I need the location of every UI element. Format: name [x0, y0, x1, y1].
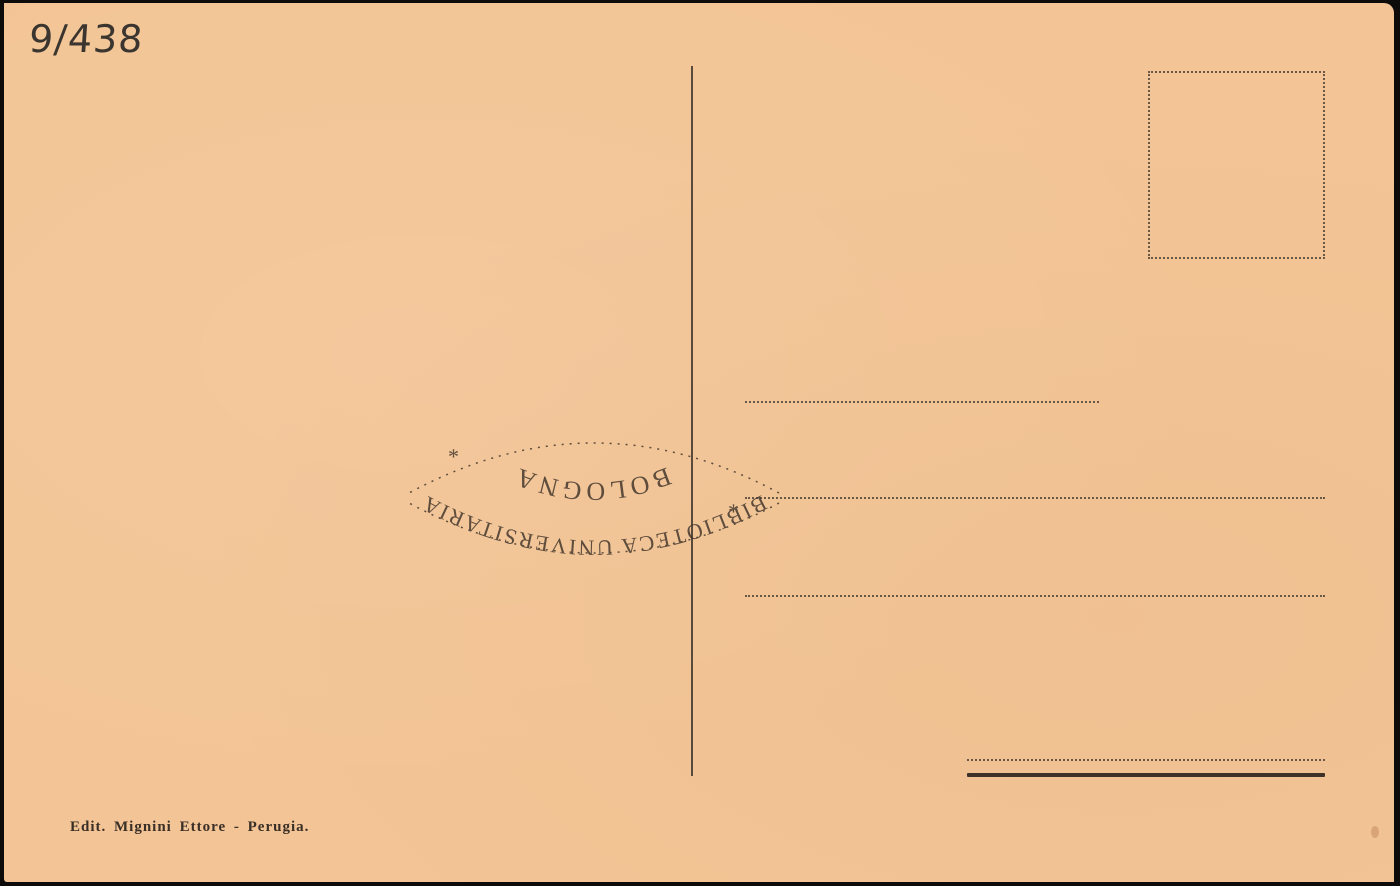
library-stamp-icon: BIBLIOTECA UNIVERSITARIA BOLOGNA * * — [399, 418, 789, 573]
svg-text:BOLOGNA: BOLOGNA — [508, 461, 675, 506]
library-stamp: BIBLIOTECA UNIVERSITARIA BOLOGNA * * — [399, 418, 789, 573]
postcard-back: 9/438 BIBLIOTECA UNIVERSITARIA BOLOGNA *… — [4, 3, 1394, 882]
address-line-4 — [967, 759, 1325, 761]
address-line-1 — [745, 401, 1099, 403]
catalog-number: 9/438 — [27, 17, 145, 61]
publisher-imprint: Edit. Mignini Ettore - Perugia. — [70, 819, 309, 836]
address-line-3 — [745, 595, 1325, 597]
paper-stain — [1371, 826, 1379, 838]
svg-text:*: * — [446, 438, 459, 463]
address-line-2 — [745, 497, 1325, 499]
address-underline — [967, 773, 1325, 777]
svg-text:*: * — [726, 493, 739, 518]
postage-stamp-box — [1148, 71, 1325, 259]
